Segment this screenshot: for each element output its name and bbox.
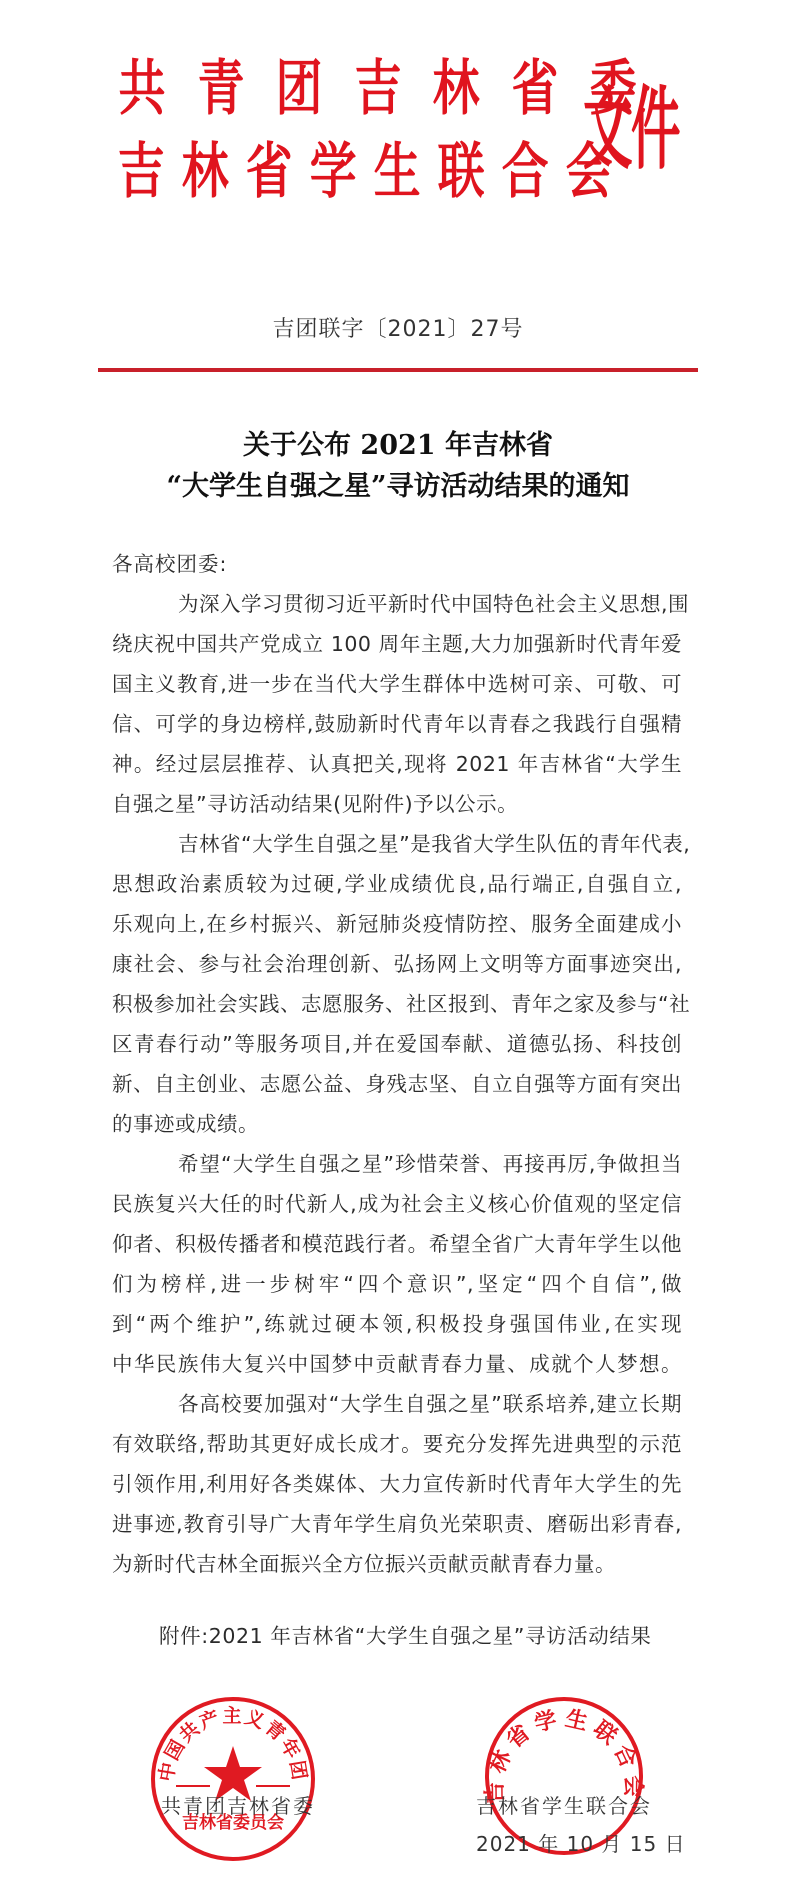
body-line: 有效联络,帮助其更好成长成才。要充分发挥先进典型的示范 xyxy=(112,1430,682,1458)
header-char: 共 xyxy=(119,58,166,120)
header-char: 林 xyxy=(433,58,480,120)
document-number: 吉团联字〔2021〕27号 xyxy=(0,312,796,343)
signature-right-org: 吉林省学生联合会 xyxy=(476,1790,652,1819)
header-char: 团 xyxy=(276,58,323,120)
body-line: 自强之星”寻访活动结果(见附件)予以公示。 xyxy=(112,790,682,818)
body-line: 神。经过层层推荐、认真把关,现将 2021 年吉林省“大学生 xyxy=(112,750,682,778)
body-line: 中华民族伟大复兴中国梦中贡献青春力量、成就个人梦想。 xyxy=(112,1350,682,1378)
header-char: 联 xyxy=(438,141,479,203)
body-line: 引领作用,利用好各类媒体、大力宣传新时代青年大学生的先 xyxy=(112,1470,682,1498)
body-line: 积极参加社会实践、志愿服务、社区报到、青年之家及参与“社 xyxy=(112,990,682,1018)
doc-type-label: 文 件 xyxy=(583,84,679,176)
body-line: 国主义教育,进一步在当代大学生群体中选树可亲、可敬、可 xyxy=(112,670,682,698)
body-line: 乐观向上,在乡村振兴、新冠肺炎疫情防控、服务全面建成小 xyxy=(112,910,682,938)
body-line: 为新时代吉林全面振兴全方位振兴贡献贡献青春力量。 xyxy=(112,1550,682,1578)
body-line: 希望“大学生自强之星”珍惜荣誉、再接再厉,争做担当 xyxy=(178,1150,682,1178)
header-char: 林 xyxy=(182,141,223,203)
signature-left-org: 共青团吉林省委 xyxy=(161,1790,315,1819)
body-line: 绕庆祝中国共产党成立 100 周年主题,大力加强新时代青年爱 xyxy=(112,630,682,658)
header-char: 吉 xyxy=(118,141,159,203)
header-char: 吉 xyxy=(354,58,401,120)
attachment-note: 附件:2021 年吉林省“大学生自强之星”寻访活动结果 xyxy=(159,1622,652,1650)
body-line: 进事迹,教育引导广大青年学生肩负光荣职责、磨砺出彩青春, xyxy=(112,1510,682,1538)
body-line: 各高校要加强对“大学生自强之星”联系培养,建立长期 xyxy=(178,1390,682,1418)
title-line-2: “大学生自强之星”寻访活动结果的通知 xyxy=(0,464,796,503)
body-line: 为深入学习贯彻习近平新时代中国特色社会主义思想,围 xyxy=(178,590,682,618)
body-line: 到“两个维护”,练就过硬本领,积极投身强国伟业,在实现 xyxy=(112,1310,682,1338)
doc-type-char: 文 xyxy=(583,84,609,176)
seal-youth-league: 中国共产主义青年团 吉林省委员会 xyxy=(148,1694,318,1864)
body-line: 们为榜样,进一步树牢“四个意识”,坚定“四个自信”,做 xyxy=(112,1270,682,1298)
doc-type-char: 件 xyxy=(631,84,657,176)
salutation: 各高校团委: xyxy=(112,550,227,578)
body-line: 思想政治素质较为过硬,学业成绩优良,品行端正,自强自立, xyxy=(112,870,682,898)
header-org-line-1: 共 青 团 吉 林 省 委 xyxy=(112,58,662,120)
body-line: 信、可学的身边榜样,鼓励新时代青年以青春之我践行自强精 xyxy=(112,710,682,738)
title-line-1: 关于公布 2021 年吉林省 xyxy=(0,423,796,462)
body-line: 区青春行动”等服务项目,并在爱国奉献、道德弘扬、科技创 xyxy=(112,1030,682,1058)
header-char: 合 xyxy=(502,141,543,203)
svg-text:吉林省学生联合会: 吉林省学生联合会 xyxy=(482,1705,646,1803)
body-line: 民族复兴大任的时代新人,成为社会主义核心价值观的坚定信 xyxy=(112,1190,682,1218)
document-page: { "header": { "org_line_1": ["共","青","团"… xyxy=(0,0,796,1900)
seal-text: 吉林省学生联合会 xyxy=(482,1705,646,1803)
red-divider xyxy=(98,368,698,372)
signature-date: 2021 年 10 月 15 日 xyxy=(476,1828,686,1857)
body-line: 新、自主创业、志愿公益、身残志坚、自立自强等方面有突出 xyxy=(112,1070,682,1098)
header-char: 省 xyxy=(246,141,287,203)
header-org-line-2: 吉 林 省 学 生 联 合 会 xyxy=(112,141,624,203)
body-line: 吉林省“大学生自强之星”是我省大学生队伍的青年代表, xyxy=(178,830,682,858)
header-char: 省 xyxy=(511,58,558,120)
body-line: 康社会、参与社会治理创新、弘扬网上文明等方面事迹突出, xyxy=(112,950,682,978)
body-line: 的事迹或成绩。 xyxy=(112,1110,682,1138)
header-char: 学 xyxy=(310,141,351,203)
header-char: 生 xyxy=(374,141,415,203)
body-line: 仰者、积极传播者和模范践行者。希望全省广大青年学生以他 xyxy=(112,1230,682,1258)
header-char: 青 xyxy=(197,58,244,120)
